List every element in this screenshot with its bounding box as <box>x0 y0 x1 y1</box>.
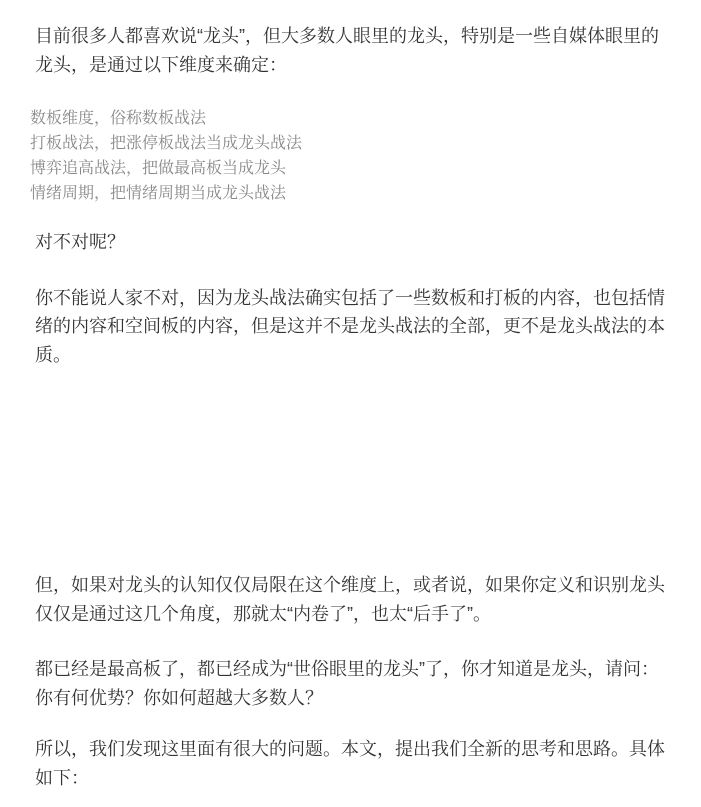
paragraph-conclusion: 所以，我们发现这里面有很大的问题。本文，提出我们全新的思考和思路。具体 如下： <box>35 735 673 792</box>
list-item: 数板维度，俗称数板战法 <box>30 106 673 131</box>
list-item: 博弈追高战法，把做最高板当成龙头 <box>30 156 673 181</box>
paragraph-challenge: 都已经是最高板了，都已经成为“世俗眼里的龙头”了，你才知道是龙头，请问： 你有何… <box>35 655 673 712</box>
article-body: 目前很多人都喜欢说“龙头”，但大多数人眼里的龙头，特别是一些自媒体眼里的 龙头，… <box>0 0 701 792</box>
paragraph-concede: 你不能说人家不对，因为龙头战法确实包括了一些数板和打板的内容，也包括情 绪的内容… <box>35 284 673 370</box>
list-item: 打板战法，把涨停板战法当成龙头战法 <box>30 131 673 156</box>
paragraph-critique: 但，如果对龙头的认知仅仅局限在这个维度上，或者说，如果你定义和识别龙头 仅仅是通… <box>35 571 673 628</box>
paragraph-question: 对不对呢？ <box>35 228 673 257</box>
blank-gap <box>35 369 673 571</box>
paragraph-intro: 目前很多人都喜欢说“龙头”，但大多数人眼里的龙头，特别是一些自媒体眼里的 龙头，… <box>35 22 673 79</box>
dimension-list: 数板维度，俗称数板战法 打板战法，把涨停板战法当成龙头战法 博弈追高战法，把做最… <box>30 106 673 206</box>
list-item: 情绪周期，把情绪周期当成龙头战法 <box>30 181 673 206</box>
